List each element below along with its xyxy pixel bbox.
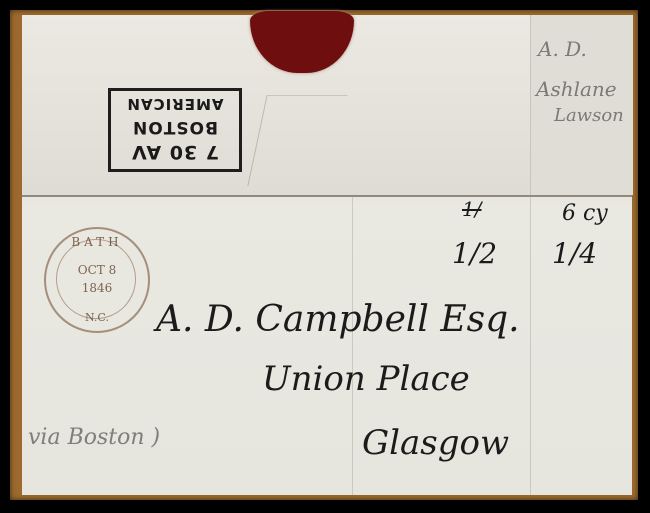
rate-top: 6 cy	[562, 201, 608, 226]
rate-struck: 1/	[462, 197, 481, 221]
handstamp-line: 7 30 AV	[111, 141, 239, 163]
postmark-date: OCT 8	[46, 263, 148, 277]
fold-line	[530, 195, 531, 495]
address-city: Glasgow	[362, 423, 509, 463]
fold-line	[352, 195, 353, 495]
circular-datestamp: BATH OCT 8 1846 N.C.	[44, 227, 150, 333]
address-street: Union Place	[262, 359, 470, 399]
rate-right: 1/4	[552, 237, 597, 270]
postmark-year: 1846	[46, 281, 148, 295]
handstamp-line: AMERICAN	[111, 95, 239, 113]
docket-line: Lawson	[554, 105, 624, 126]
docket-line: Ashlane	[536, 77, 617, 101]
address-name: A. D. Campbell Esq.	[156, 299, 520, 340]
handstamp-line: BOSTON	[111, 117, 239, 137]
routing-instruction: via Boston )	[28, 425, 160, 450]
boxed-handstamp: AMERICAN BOSTON 7 30 AV	[108, 88, 242, 172]
postmark-town: BATH	[46, 235, 148, 249]
rate-left: 1/2	[452, 237, 497, 270]
docket-line: A. D.	[538, 37, 587, 61]
letter-cover: AMERICAN BOSTON 7 30 AV BATH OCT 8 1846 …	[22, 15, 632, 495]
postmark-state: N.C.	[46, 311, 148, 324]
